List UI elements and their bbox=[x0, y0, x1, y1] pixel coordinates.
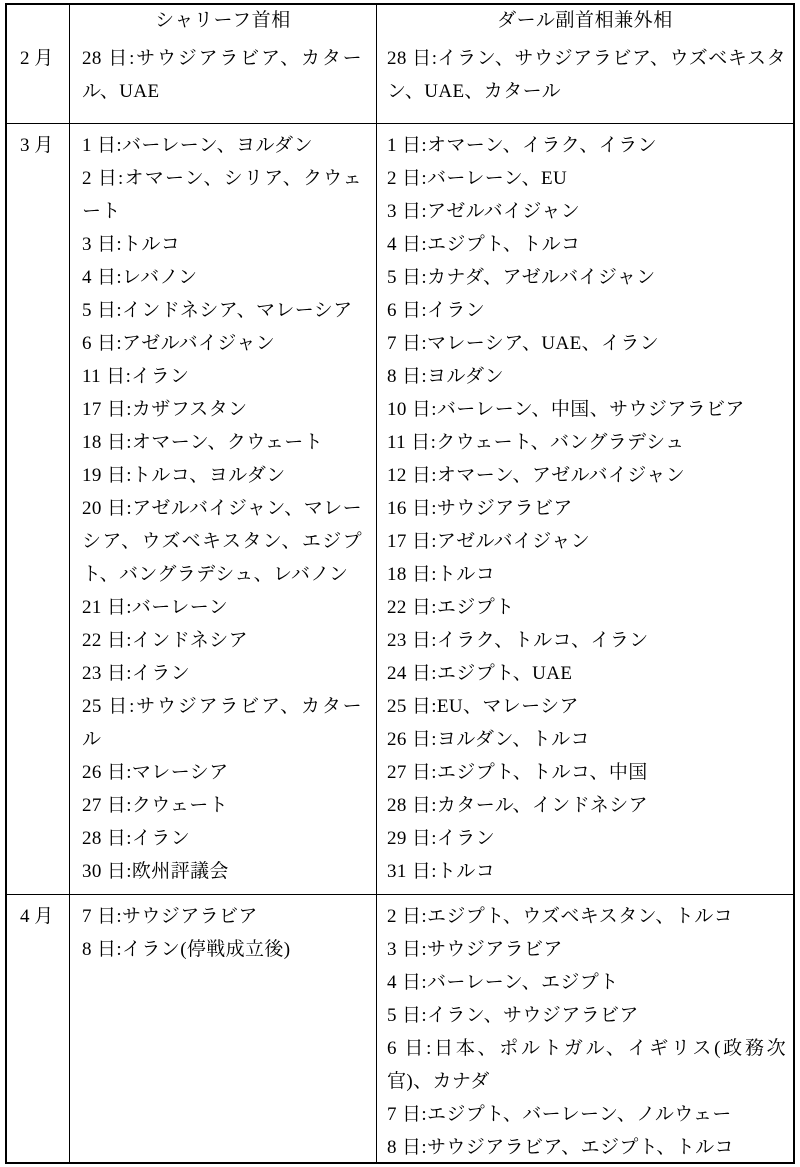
schedule-entry: 3 日:サウジアラビア bbox=[387, 933, 786, 966]
month-label: 2 月 bbox=[7, 37, 69, 123]
table-row: 4 月 7 日:サウジアラビア8 日:イラン(停戦成立後) 2 日:エジプト、ウ… bbox=[7, 894, 793, 1162]
schedule-entry: 10 日:バーレーン、中国、サウジアラビア bbox=[387, 393, 786, 426]
schedule-entry: 4 日:レバノン bbox=[82, 261, 362, 294]
schedule-entry: 28 日:イラン、サウジアラビア、ウズベキスタン、UAE、カタール bbox=[387, 42, 786, 108]
fm-schedule-cell: 28 日:イラン、サウジアラビア、ウズベキスタン、UAE、カタール bbox=[376, 37, 793, 123]
corner-cell bbox=[7, 5, 69, 37]
schedule-entry: 11 日:クウェート、バングラデシュ bbox=[387, 426, 786, 459]
schedule-table-body: 2 月 28 日:サウジアラビア、カタール、UAE 28 日:イラン、サウジアラ… bbox=[7, 37, 793, 1162]
schedule-entry: 28 日:イラン bbox=[82, 822, 362, 855]
schedule-entry: 26 日:マレーシア bbox=[82, 756, 362, 789]
schedule-entry: 4 日:エジプト、トルコ bbox=[387, 228, 786, 261]
pm-schedule-cell: 28 日:サウジアラビア、カタール、UAE bbox=[69, 37, 376, 123]
table-row: 3 月 1 日:バーレーン、ヨルダン2 日:オマーン、シリア、クウェート3 日:… bbox=[7, 123, 793, 894]
schedule-entry: 5 日:インドネシア、マレーシア bbox=[82, 294, 362, 327]
month-label: 4 月 bbox=[7, 895, 69, 1162]
schedule-entry: 23 日:イラク、トルコ、イラン bbox=[387, 624, 786, 657]
schedule-table: シャリーフ首相 ダール副首相兼外相 2 月 28 日:サウジアラビア、カタール、… bbox=[5, 3, 795, 1164]
schedule-entry: 21 日:バーレーン bbox=[82, 591, 362, 624]
schedule-entry: 2 日:オマーン、シリア、クウェート bbox=[82, 162, 362, 228]
schedule-entry: 5 日:カナダ、アゼルバイジャン bbox=[387, 261, 786, 294]
schedule-entry: 17 日:アゼルバイジャン bbox=[387, 525, 786, 558]
schedule-entry: 31 日:トルコ bbox=[387, 855, 786, 888]
schedule-entry: 24 日:エジプト、UAE bbox=[387, 657, 786, 690]
schedule-entry: 5 日:イラン、サウジアラビア bbox=[387, 999, 786, 1032]
schedule-entry: 7 日:エジプト、バーレーン、ノルウェー bbox=[387, 1098, 786, 1131]
schedule-entry: 8 日:イラン(停戦成立後) bbox=[82, 933, 362, 966]
pm-schedule-cell: 7 日:サウジアラビア8 日:イラン(停戦成立後) bbox=[69, 895, 376, 1162]
schedule-entry: 6 日:日本、ポルトガル、イギリス(政務次官)、カナダ bbox=[387, 1032, 786, 1098]
schedule-entry: 7 日:マレーシア、UAE、イラン bbox=[387, 327, 786, 360]
table-row: 2 月 28 日:サウジアラビア、カタール、UAE 28 日:イラン、サウジアラ… bbox=[7, 37, 793, 123]
schedule-entry: 1 日:オマーン、イラク、イラン bbox=[387, 129, 786, 162]
schedule-entry: 27 日:クウェート bbox=[82, 789, 362, 822]
schedule-entry: 22 日:インドネシア bbox=[82, 624, 362, 657]
schedule-entry: 6 日:イラン bbox=[387, 294, 786, 327]
schedule-entry: 2 日:エジプト、ウズベキスタン、トルコ bbox=[387, 900, 786, 933]
schedule-entry: 6 日:アゼルバイジャン bbox=[82, 327, 362, 360]
schedule-entry: 27 日:エジプト、トルコ、中国 bbox=[387, 756, 786, 789]
schedule-entry: 1 日:バーレーン、ヨルダン bbox=[82, 129, 362, 162]
column-header-pm: シャリーフ首相 bbox=[69, 5, 376, 37]
schedule-entry: 8 日:サウジアラビア、エジプト、トルコ bbox=[387, 1131, 786, 1162]
schedule-entry: 29 日:イラン bbox=[387, 822, 786, 855]
schedule-entry: 25 日:サウジアラビア、カタール bbox=[82, 690, 362, 756]
column-header-fm: ダール副首相兼外相 bbox=[376, 5, 793, 37]
schedule-entry: 12 日:オマーン、アゼルバイジャン bbox=[387, 459, 786, 492]
pm-schedule-cell: 1 日:バーレーン、ヨルダン2 日:オマーン、シリア、クウェート3 日:トルコ4… bbox=[69, 124, 376, 894]
schedule-entry: 28 日:サウジアラビア、カタール、UAE bbox=[82, 42, 362, 108]
schedule-entry: 26 日:ヨルダン、トルコ bbox=[387, 723, 786, 756]
table-header-row: シャリーフ首相 ダール副首相兼外相 bbox=[7, 5, 793, 37]
schedule-entry: 2 日:バーレーン、EU bbox=[387, 162, 786, 195]
schedule-entry: 7 日:サウジアラビア bbox=[82, 900, 362, 933]
schedule-entry: 4 日:バーレーン、エジプト bbox=[387, 966, 786, 999]
schedule-entry: 8 日:ヨルダン bbox=[387, 360, 786, 393]
schedule-entry: 17 日:カザフスタン bbox=[82, 393, 362, 426]
schedule-entry: 20 日:アゼルバイジャン、マレーシア、ウズベキスタン、エジプト、バングラデシュ… bbox=[82, 492, 362, 591]
schedule-entry: 30 日:欧州評議会 bbox=[82, 855, 362, 888]
schedule-entry: 22 日:エジプト bbox=[387, 591, 786, 624]
schedule-entry: 3 日:アゼルバイジャン bbox=[387, 195, 786, 228]
schedule-entry: 18 日:トルコ bbox=[387, 558, 786, 591]
schedule-entry: 16 日:サウジアラビア bbox=[387, 492, 786, 525]
schedule-entry: 3 日:トルコ bbox=[82, 228, 362, 261]
schedule-entry: 23 日:イラン bbox=[82, 657, 362, 690]
schedule-entry: 28 日:カタール、インドネシア bbox=[387, 789, 786, 822]
schedule-entry: 19 日:トルコ、ヨルダン bbox=[82, 459, 362, 492]
schedule-entry: 18 日:オマーン、クウェート bbox=[82, 426, 362, 459]
schedule-entry: 11 日:イラン bbox=[82, 360, 362, 393]
schedule-entry: 25 日:EU、マレーシア bbox=[387, 690, 786, 723]
month-label: 3 月 bbox=[7, 124, 69, 894]
fm-schedule-cell: 2 日:エジプト、ウズベキスタン、トルコ3 日:サウジアラビア4 日:バーレーン… bbox=[376, 895, 793, 1162]
fm-schedule-cell: 1 日:オマーン、イラク、イラン2 日:バーレーン、EU3 日:アゼルバイジャン… bbox=[376, 124, 793, 894]
